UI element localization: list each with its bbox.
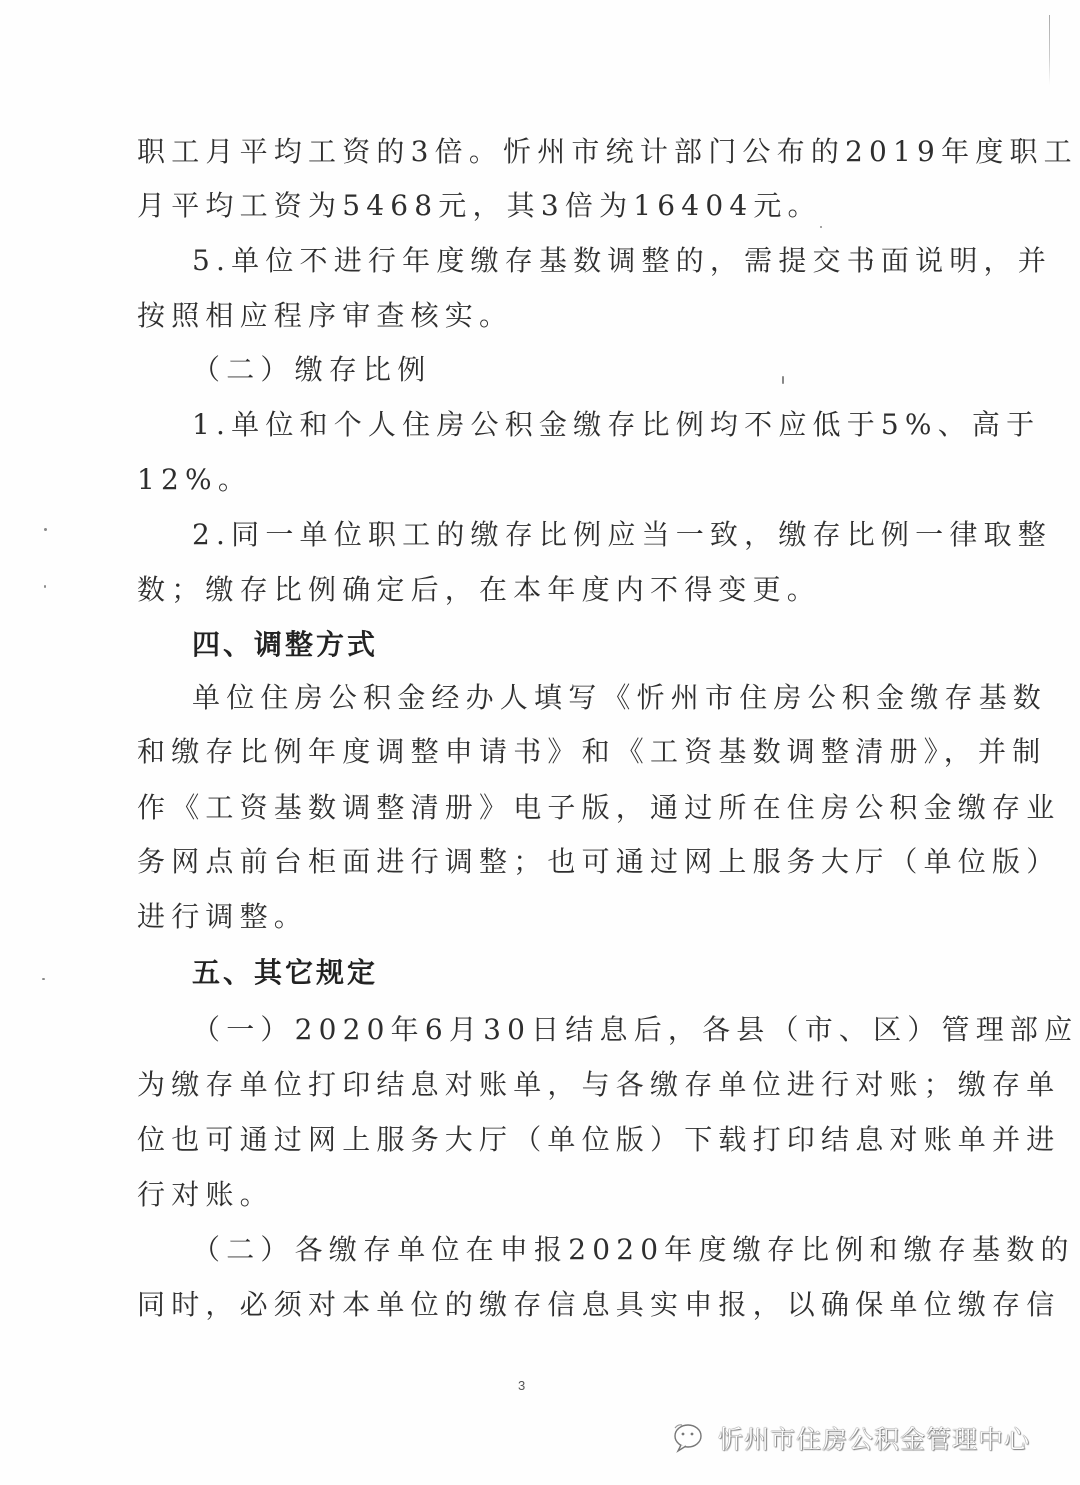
text-line: 行对账。 (137, 1178, 274, 1212)
section-heading: 四、调整方式 (192, 628, 378, 662)
text-line: 2.同一单位职工的缴存比例应当一致，缴存比例一律取整 (192, 518, 1052, 552)
document-page: 职工月平均工资的3倍。忻州市统计部门公布的2019年度职工 月平均工资为5468… (0, 0, 1080, 1485)
text-line: 月平均工资为5468元，其3倍为16404元。 (137, 189, 822, 223)
text-line: （一）2020年6月30日结息后，各县（市、区）管理部应 (192, 1013, 1078, 1047)
text-line: 和缴存比例年度调整申请书》和《工资基数调整清册》，并制 (137, 735, 1046, 769)
scan-edge-mark (1049, 15, 1050, 85)
text-line: 作《工资基数调整清册》电子版，通过所在住房公积金缴存业 (137, 791, 1060, 825)
scan-speck (44, 585, 46, 588)
text-line: （二）各缴存单位在申报2020年度缴存比例和缴存基数的 (192, 1233, 1075, 1267)
watermark-text: 忻州市住房公积金管理中心 (718, 1420, 1030, 1456)
text-line: 务网点前台柜面进行调整；也可通过网上服务大厅（单位版） (137, 845, 1060, 879)
text-line: 12%。 (137, 463, 252, 497)
page-number: 3 (518, 1378, 525, 1393)
scan-speck (782, 376, 784, 384)
text-line: 进行调整。 (137, 900, 308, 934)
text-line: 5.单位不进行年度缴存基数调整的，需提交书面说明，并 (192, 244, 1052, 278)
text-line: 职工月平均工资的3倍。忻州市统计部门公布的2019年度职工 (137, 135, 1078, 169)
text-line: 单位住房公积金经办人填写《忻州市住房公积金缴存基数 (192, 681, 1047, 715)
subsection-title: （二）缴存比例 (192, 353, 431, 387)
scan-speck (820, 226, 822, 228)
text-line: 同时，必须对本单位的缴存信息具实申报，以确保单位缴存信 (137, 1288, 1060, 1322)
scan-speck (44, 528, 47, 531)
scan-speck (42, 978, 45, 980)
text-line: 按照相应程序审查核实。 (137, 299, 513, 333)
text-line: 位也可通过网上服务大厅（单位版）下载打印结息对账单并进 (137, 1123, 1060, 1157)
watermark: 忻州市住房公积金管理中心 (672, 1420, 1030, 1456)
text-line: 为缴存单位打印结息对账单，与各缴存单位进行对账；缴存单 (137, 1068, 1060, 1102)
text-line: 1.单位和个人住房公积金缴存比例均不应低于5%、高于 (192, 408, 1040, 442)
wechat-icon (672, 1422, 710, 1454)
section-heading: 五、其它规定 (192, 956, 378, 990)
text-line: 数；缴存比例确定后，在本年度内不得变更。 (137, 573, 821, 607)
